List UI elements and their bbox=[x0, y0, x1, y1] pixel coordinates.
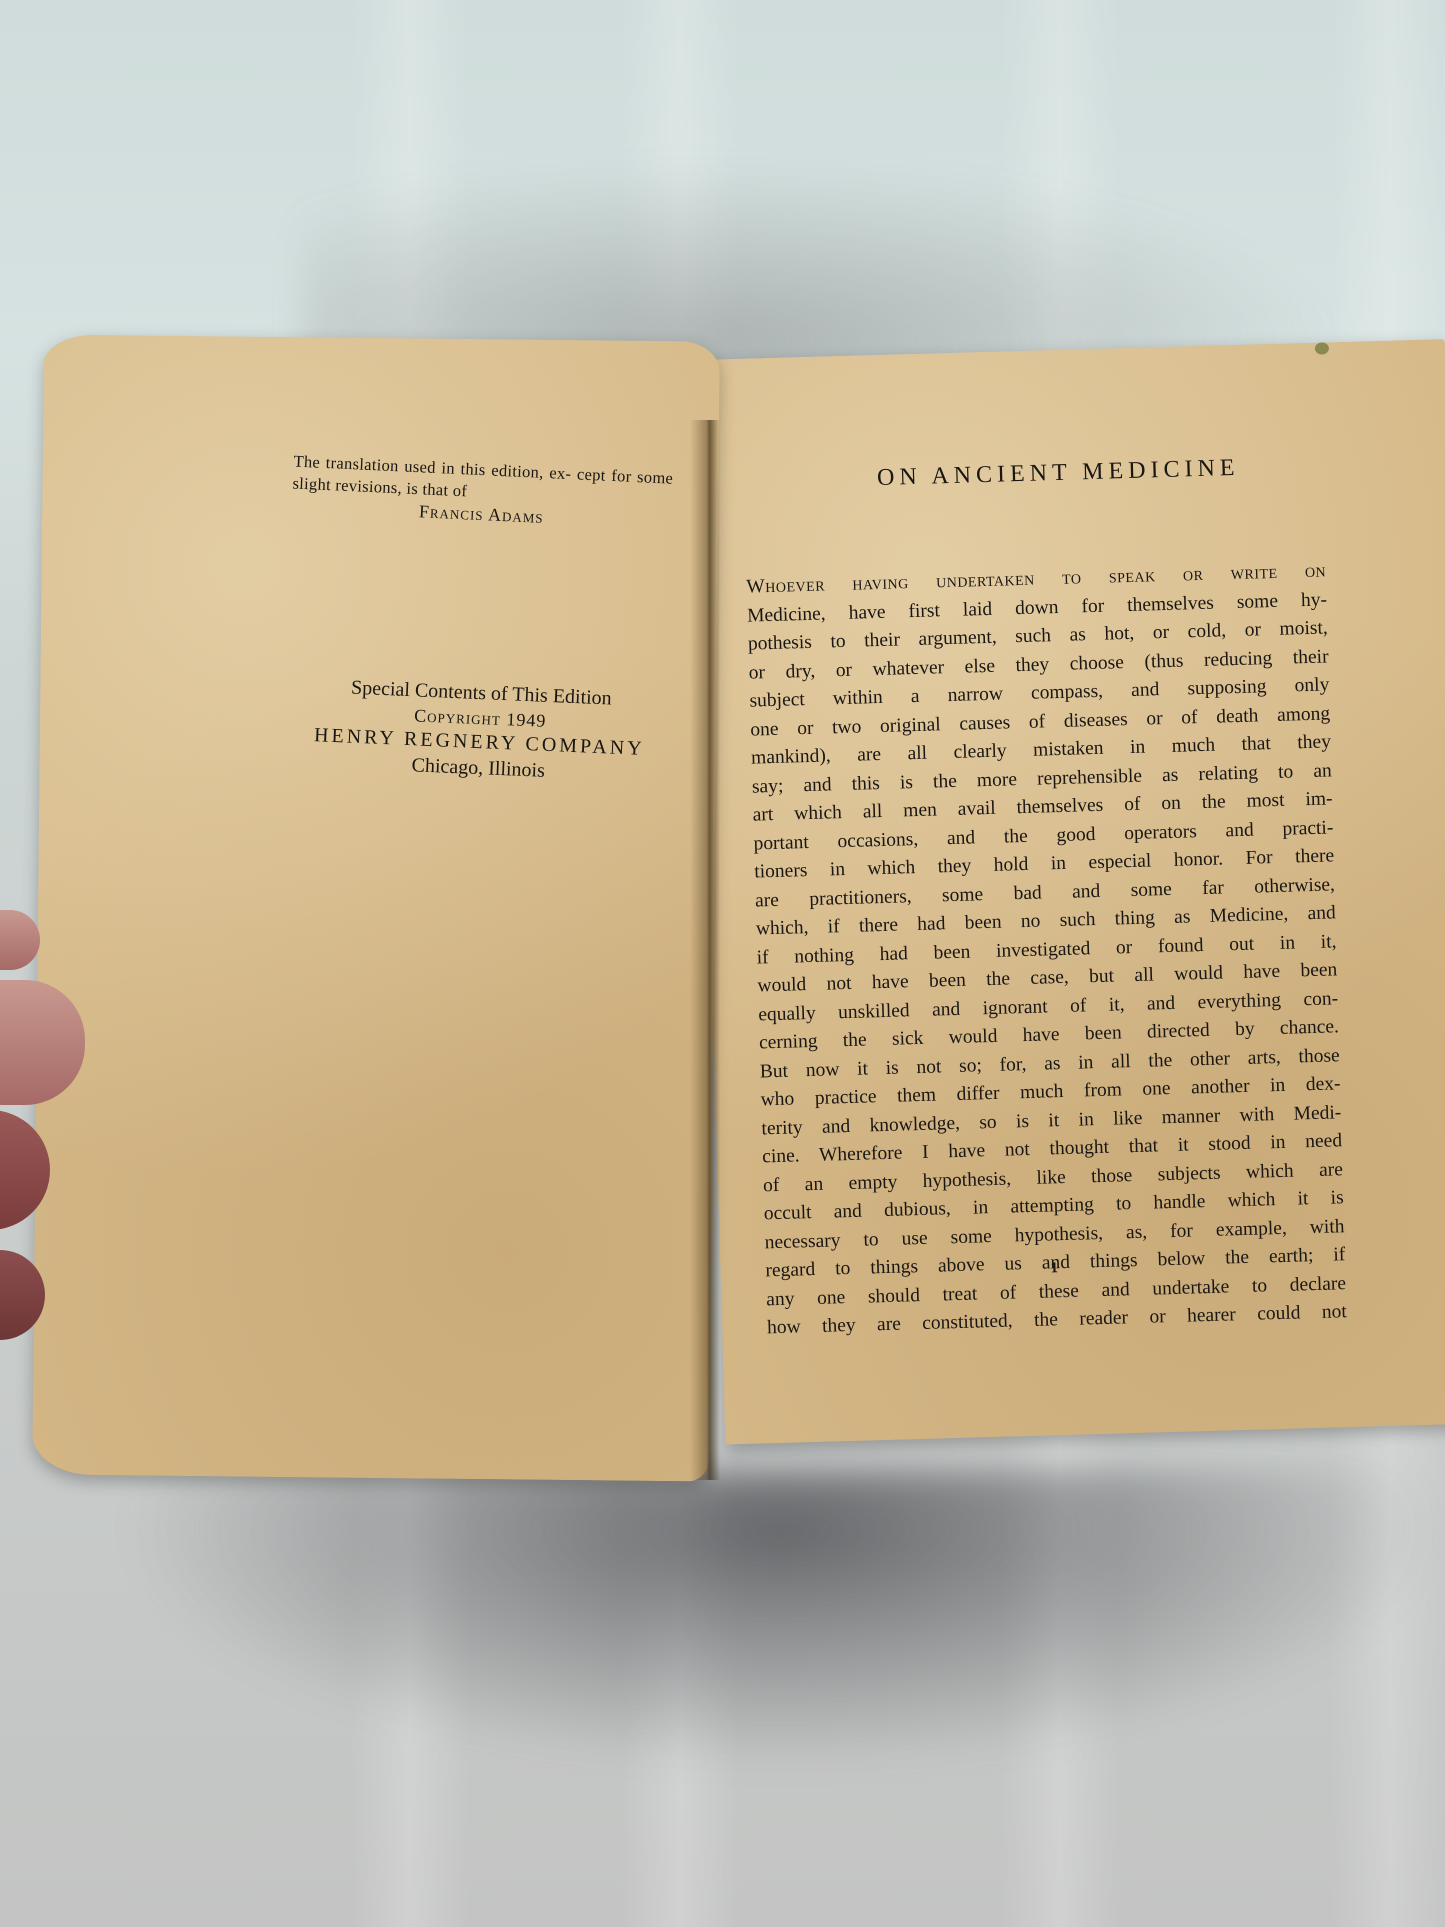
thumb bbox=[0, 980, 85, 1105]
page-stain bbox=[1315, 342, 1329, 354]
finger bbox=[0, 1110, 50, 1230]
copyright-imprint: Special Contents of This Edition Copyrig… bbox=[278, 671, 682, 790]
translation-note: The translation used in this edition, ex… bbox=[291, 451, 674, 534]
translator-name: Francis Adams bbox=[291, 494, 672, 533]
left-page: The translation used in this edition, ex… bbox=[32, 334, 720, 1481]
right-page: ON ANCIENT MEDICINE Whoever having under… bbox=[695, 339, 1445, 1445]
finger bbox=[0, 910, 40, 970]
finger bbox=[0, 1250, 45, 1340]
body-text: Whoever having undertaken to speak or wr… bbox=[746, 557, 1347, 1342]
book-shadow-bottom bbox=[120, 1470, 1440, 1770]
book-gutter bbox=[690, 420, 720, 1480]
hand bbox=[0, 910, 90, 1350]
chapter-title: ON ANCIENT MEDICINE bbox=[778, 452, 1339, 495]
page-number: 1 bbox=[1050, 1260, 1058, 1277]
